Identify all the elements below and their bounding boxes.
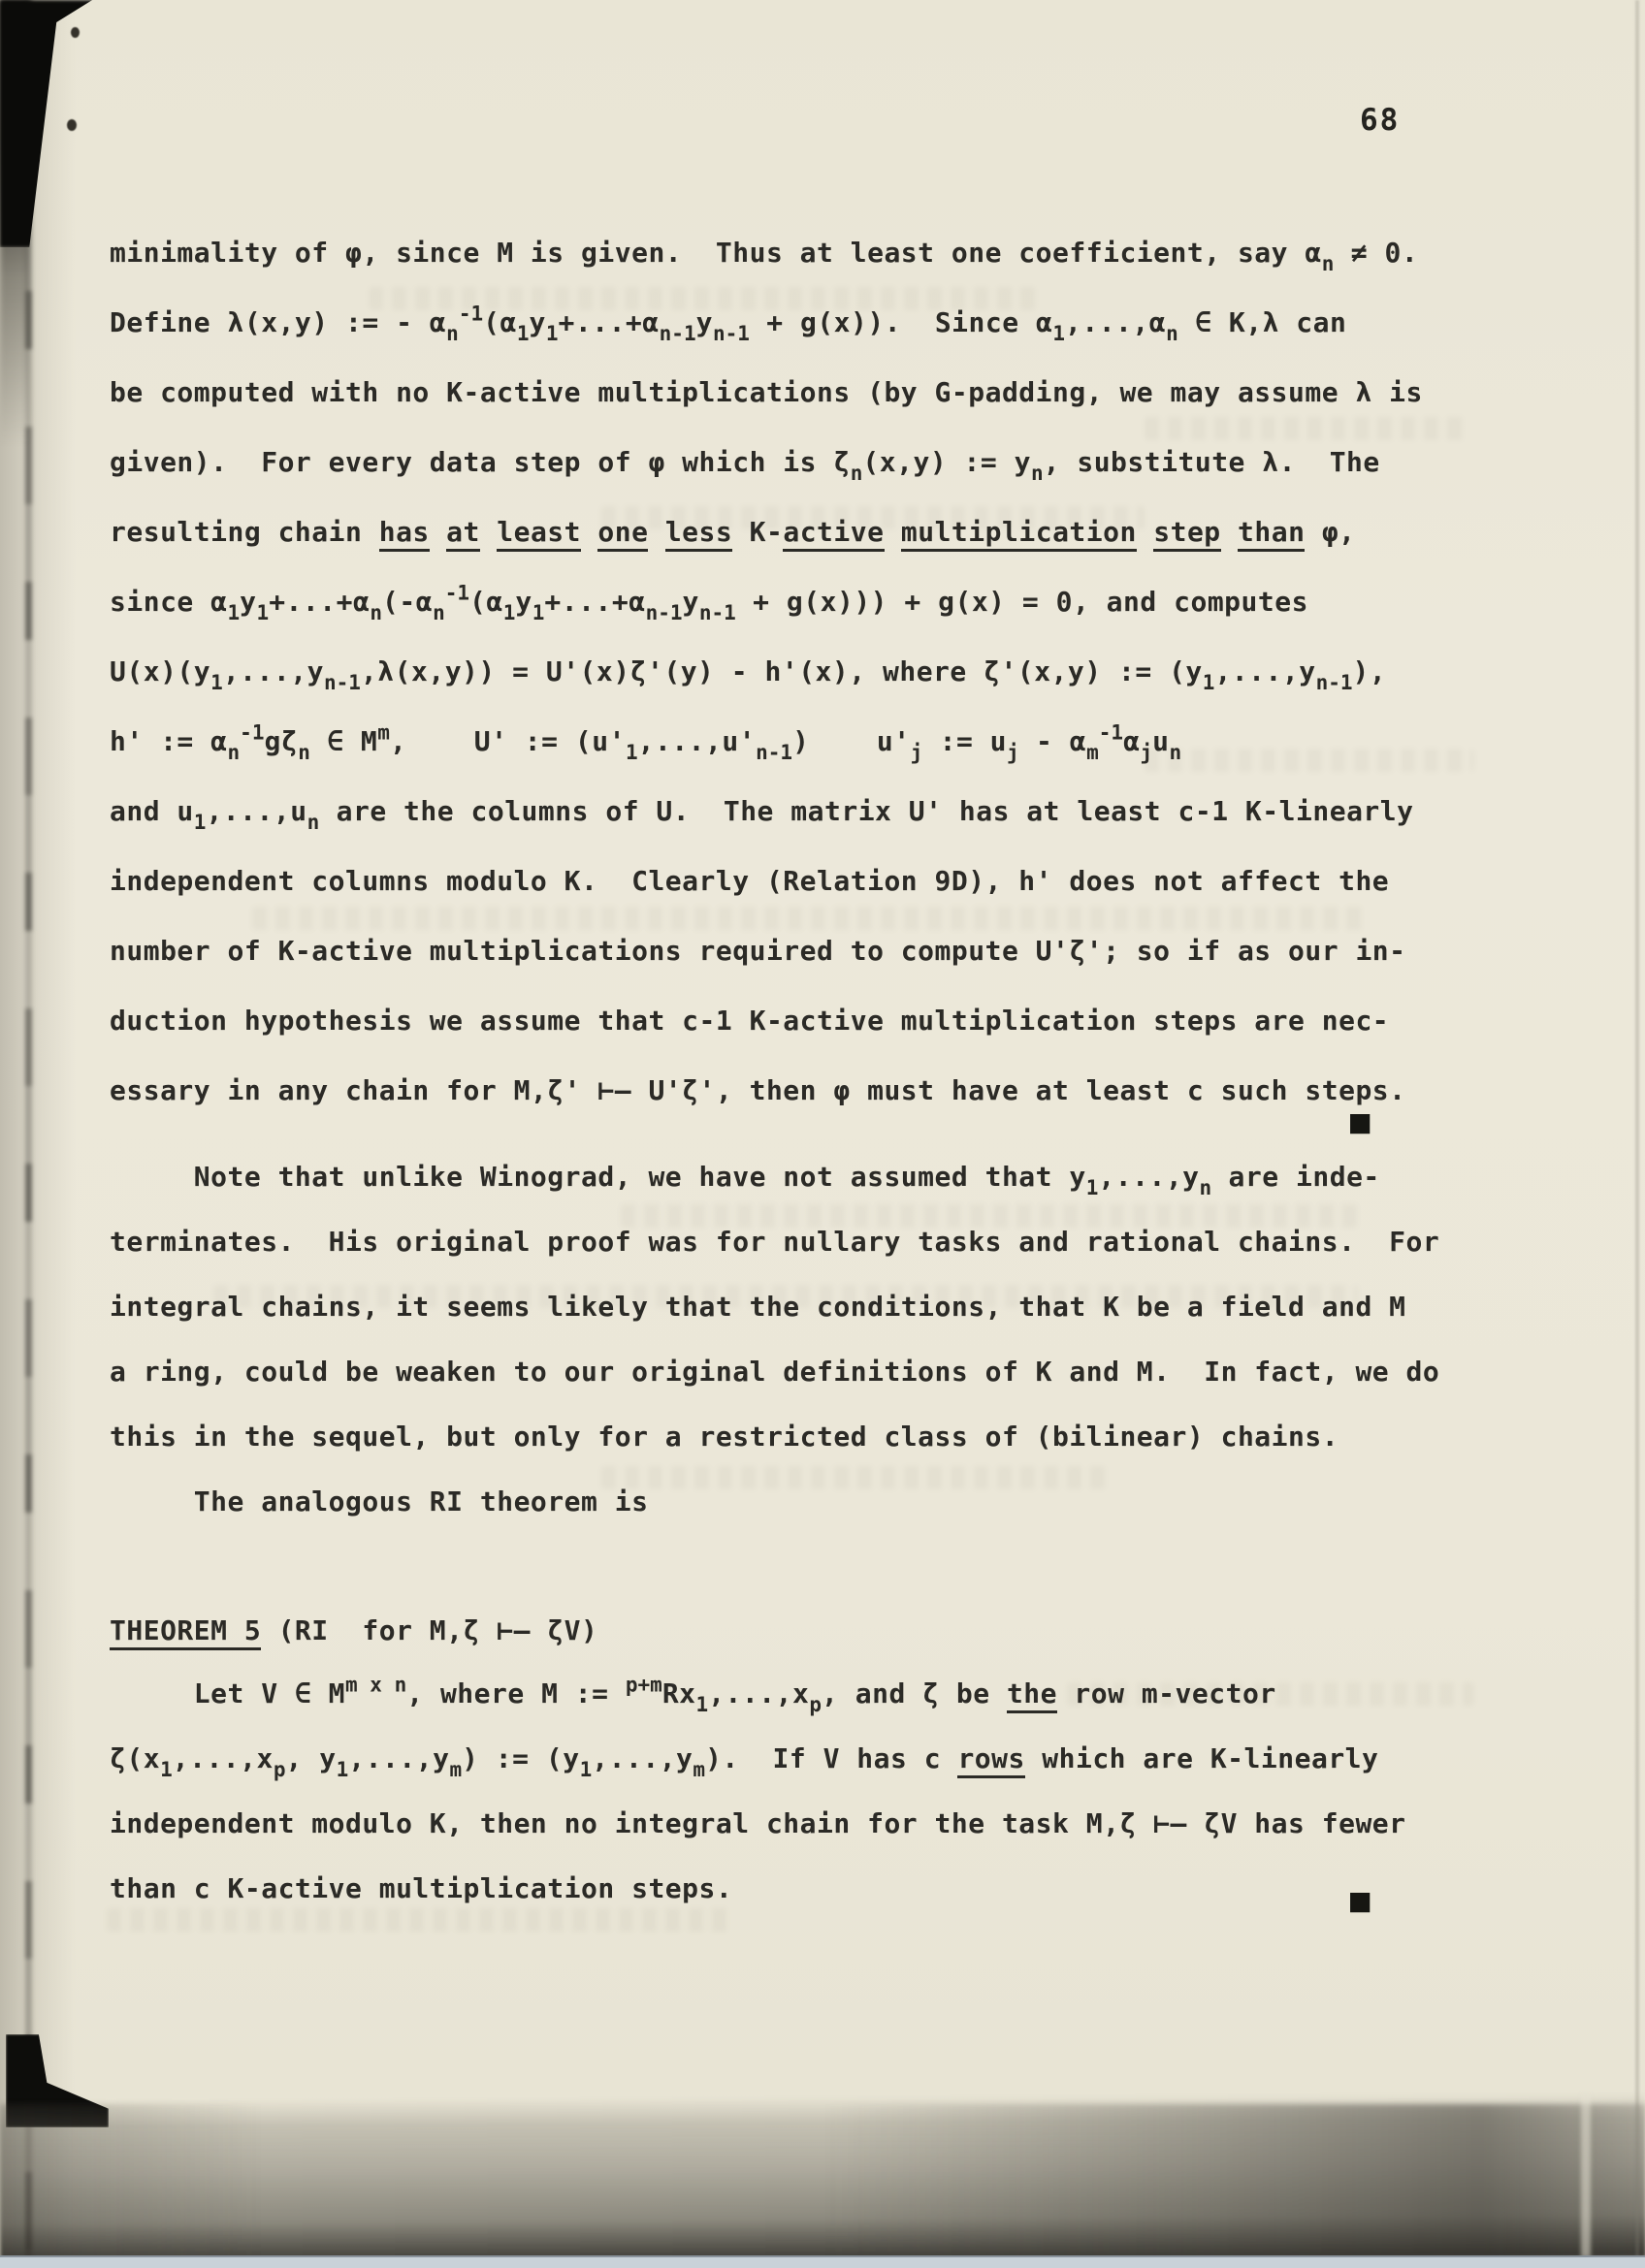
text-line: number of K-active multiplications requi… [110, 916, 1506, 986]
paragraph-theorem-body: Let V ∈ Mm x n, where M := p+mRx1,...,xp… [110, 1661, 1506, 1921]
text-line: be computed with no K-active multiplicat… [110, 358, 1506, 428]
text-line: integral chains, it seems likely that th… [110, 1274, 1506, 1339]
page-number: 68 [1360, 103, 1400, 138]
paragraph-proof: minimality of φ, since M is given. Thus … [110, 218, 1506, 1126]
theorem-heading: THEOREM 5 (RI for M,ζ ⊢— ζV) [110, 1598, 1506, 1663]
text-line: since α1y1+...+αn(-αn-1(α1y1+...+αn-1yn-… [110, 567, 1506, 637]
right-scan-edge [1635, 0, 1639, 2259]
text-line: a ring, could be weaken to our original … [110, 1339, 1506, 1404]
text-line: given). For every data step of φ which i… [110, 428, 1506, 497]
text-line: THEOREM 5 (RI for M,ζ ⊢— ζV) [110, 1598, 1506, 1663]
bottom-scan-smudge-shade [0, 2104, 1645, 2257]
text-line: terminates. His original proof was for n… [110, 1209, 1506, 1274]
text-line: minimality of φ, since M is given. Thus … [110, 218, 1506, 288]
scanned-document-page: 68 minimality of φ, since M is given. Th… [0, 0, 1645, 2268]
scan-speck [67, 119, 77, 131]
text-line: and u1,...,un are the columns of U. The … [110, 777, 1506, 847]
text-line: The analogous RI theorem is [110, 1469, 1506, 1534]
text-line: h' := αn-1gζn ∈ Mm, U' := (u'1,...,u'n-1… [110, 707, 1506, 777]
paragraph-remark: Note that unlike Winograd, we have not a… [110, 1144, 1506, 1534]
text-line: Note that unlike Winograd, we have not a… [110, 1144, 1506, 1209]
top-left-scan-corner [0, 0, 109, 247]
text-line: Define λ(x,y) := - αn-1(α1y1+...+αn-1yn-… [110, 288, 1506, 358]
text-line: duction hypothesis we assume that c-1 K-… [110, 986, 1506, 1056]
text-line: than c K-active multiplication steps. [110, 1856, 1506, 1921]
text-line: Let V ∈ Mm x n, where M := p+mRx1,...,xp… [110, 1661, 1506, 1726]
scanner-bed-strip [0, 2255, 1645, 2268]
text-line: U(x)(y1,...,yn-1,λ(x,y)) = U'(x)ζ'(y) - … [110, 637, 1506, 707]
paper-sheet: 68 minimality of φ, since M is given. Th… [0, 0, 1645, 2259]
text-line: essary in any chain for M,ζ' ⊢— U'ζ', th… [110, 1056, 1506, 1126]
text-line: independent columns modulo K. Clearly (R… [110, 847, 1506, 916]
qed-tombstone: ■ [1350, 1107, 1370, 1136]
text-line: this in the sequel, but only for a restr… [110, 1404, 1506, 1469]
right-page-edge-highlight [1581, 2094, 1591, 2257]
text-line: independent modulo K, then no integral c… [110, 1791, 1506, 1856]
text-line: resulting chain has at least one less K-… [110, 497, 1506, 567]
qed-tombstone: ■ [1350, 1886, 1370, 1915]
text-line: ζ(x1,...,xp, y1,...,ym) := (y1,...,ym). … [110, 1726, 1506, 1791]
scan-speck [71, 27, 80, 38]
